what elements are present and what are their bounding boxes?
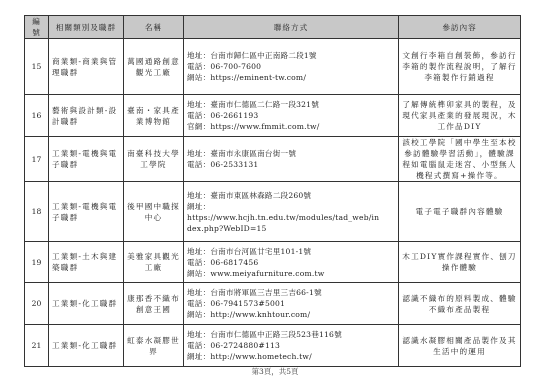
contact-address: 地址：台南市將軍區三吉里三吉66-1號 [187, 287, 395, 298]
table-row: 18 工業類-電機與電子職群 後甲國中職探中心 地址：臺南市東區林森路二段260… [25, 182, 521, 242]
row-content: 該校工學院「國中學生至本校參訪體驗學習活動」，體驗課程如電腦鼠走迷宮、小型無人機… [399, 137, 521, 182]
header-content: 參訪內容 [399, 16, 521, 39]
header-name: 名稱 [124, 16, 184, 39]
contact-address: 地址：台南市仁德區中正路三段523巷116號 [187, 329, 395, 340]
header-number: 編號 [25, 16, 49, 39]
contact-address: 地址：台南市歸仁區中正南路二段1號 [187, 50, 395, 61]
row-name: 臺南・家具產業博物館 [124, 95, 184, 137]
row-name: 美雅家具觀光工廠 [124, 242, 184, 283]
row-number: 20 [25, 283, 49, 325]
table-row: 20 工業類-化工職群 康那香不織布創意王國 地址：台南市將軍區三吉里三吉66-… [25, 283, 521, 325]
row-category: 商業類-商業與管理職群 [49, 39, 124, 95]
table-row: 17 工業類-電機與電子職群 南臺科技大學工學院 地址：臺南市永康區南台街一號 … [25, 137, 521, 182]
row-content: 認識不織布的原料製成、體驗不織布產品製程 [399, 283, 521, 325]
contact-phone: 電話：06-6817456 [187, 257, 395, 268]
row-category: 工業類-土木與建築職群 [49, 242, 124, 283]
table-row: 19 工業類-土木與建築職群 美雅家具觀光工廠 地址：台南市台河區廿宅里101-… [25, 242, 521, 283]
row-contact: 地址：臺南市永康區南台街一號 電話：06-2533131 [184, 137, 399, 182]
row-content: 木工DIY實作課程實作、刨刀操作體驗 [399, 242, 521, 283]
contact-address: 地址：臺南市東區林森路二段260號 [187, 190, 395, 201]
contact-website[interactable]: 網站：www.meiyafurniture.com.tw [187, 268, 395, 279]
row-category: 工業類-電機與電子職群 [49, 182, 124, 242]
row-name: 南臺科技大學工學院 [124, 137, 184, 182]
row-category: 藝術與設計類-設計職群 [49, 95, 124, 137]
row-contact: 地址：台南市歸仁區中正南路二段1號 電話：06-700-7600 網站：http… [184, 39, 399, 95]
contact-phone: 電話：06-2724880#113 [187, 340, 395, 351]
contact-website[interactable]: 網站：https://eminent-tw.com/ [187, 72, 395, 83]
contact-address: 地址：臺南市永康區南台街一號 [187, 148, 395, 159]
row-name: 後甲國中職探中心 [124, 182, 184, 242]
contact-website[interactable]: 網站：http://www.knhtour.com/ [187, 309, 395, 320]
row-name: 康那香不織布創意王國 [124, 283, 184, 325]
table-row: 16 藝術與設計類-設計職群 臺南・家具產業博物館 地址：臺南市仁德區二仁路一段… [25, 95, 521, 137]
visit-sites-table: 編號 相關類別及職群 名稱 聯絡方式 參訪內容 15 商業類-商業與管理職群 萬… [24, 15, 521, 367]
contact-website[interactable]: 網址：http://www.hometech.tw/ [187, 351, 395, 362]
header-category: 相關類別及職群 [49, 16, 124, 39]
contact-phone: 電話：06-700-7600 [187, 61, 395, 72]
contact-address: 地址：台南市台河區廿宅里101-1號 [187, 246, 395, 257]
row-number: 16 [25, 95, 49, 137]
row-contact: 地址：台南市將軍區三吉里三吉66-1號 電話：06-7941573#5001 網… [184, 283, 399, 325]
row-content: 文創行李箱自創裝飾，參訪行李箱的製作流程說明，了解行李箱製作行銷過程 [399, 39, 521, 95]
row-contact: 地址：台南市台河區廿宅里101-1號 電話：06-6817456 網站：www.… [184, 242, 399, 283]
row-contact: 地址：臺南市東區林森路二段260號 網址： https://www.hcjh.t… [184, 182, 399, 242]
row-number: 17 [25, 137, 49, 182]
header-contact: 聯絡方式 [184, 16, 399, 39]
row-contact: 地址：台南市仁德區中正路三段523巷116號 電話：06-2724880#113… [184, 325, 399, 367]
table-header-row: 編號 相關類別及職群 名稱 聯絡方式 參訪內容 [25, 16, 521, 39]
row-number: 19 [25, 242, 49, 283]
row-number: 15 [25, 39, 49, 95]
row-number: 21 [25, 325, 49, 367]
row-contact: 地址：臺南市仁德區二仁路一段321號 電話：06-2661193 官網：http… [184, 95, 399, 137]
row-content: 了解傳統榫卯家具的製程，及現代家具產業的發展現況，木工作品DIY [399, 95, 521, 137]
contact-phone: 電話：06-2533131 [187, 159, 395, 170]
table-row: 21 工業類-化工職群 虹泰水凝膠世界 地址：台南市仁德區中正路三段523巷11… [25, 325, 521, 367]
row-category: 工業類-電機與電子職群 [49, 137, 124, 182]
table-row: 15 商業類-商業與管理職群 萬國通路創意觀光工廠 地址：台南市歸仁區中正南路二… [25, 39, 521, 95]
row-content: 電子電子職群內容體驗 [399, 182, 521, 242]
contact-website[interactable]: https://www.hcjh.tn.edu.tw/modules/tad_w… [187, 212, 395, 223]
contact-address: 地址：臺南市仁德區二仁路一段321號 [187, 99, 395, 110]
row-name: 虹泰水凝膠世界 [124, 325, 184, 367]
contact-website-cont[interactable]: dex.php?WebID=15 [187, 223, 395, 234]
contact-phone: 電話：06-2661193 [187, 110, 395, 121]
contact-website-label: 網址： [187, 201, 395, 212]
row-category: 工業類-化工職群 [49, 325, 124, 367]
contact-phone: 電話：06-7941573#5001 [187, 298, 395, 309]
row-content: 認識水凝膠相關產品製作及其生活中的運用 [399, 325, 521, 367]
page-number-footer: 第3頁，共5頁 [0, 366, 550, 377]
row-name: 萬國通路創意觀光工廠 [124, 39, 184, 95]
row-category: 工業類-化工職群 [49, 283, 124, 325]
row-number: 18 [25, 182, 49, 242]
contact-website[interactable]: 官網：https://www.fmmit.com.tw/ [187, 121, 395, 132]
